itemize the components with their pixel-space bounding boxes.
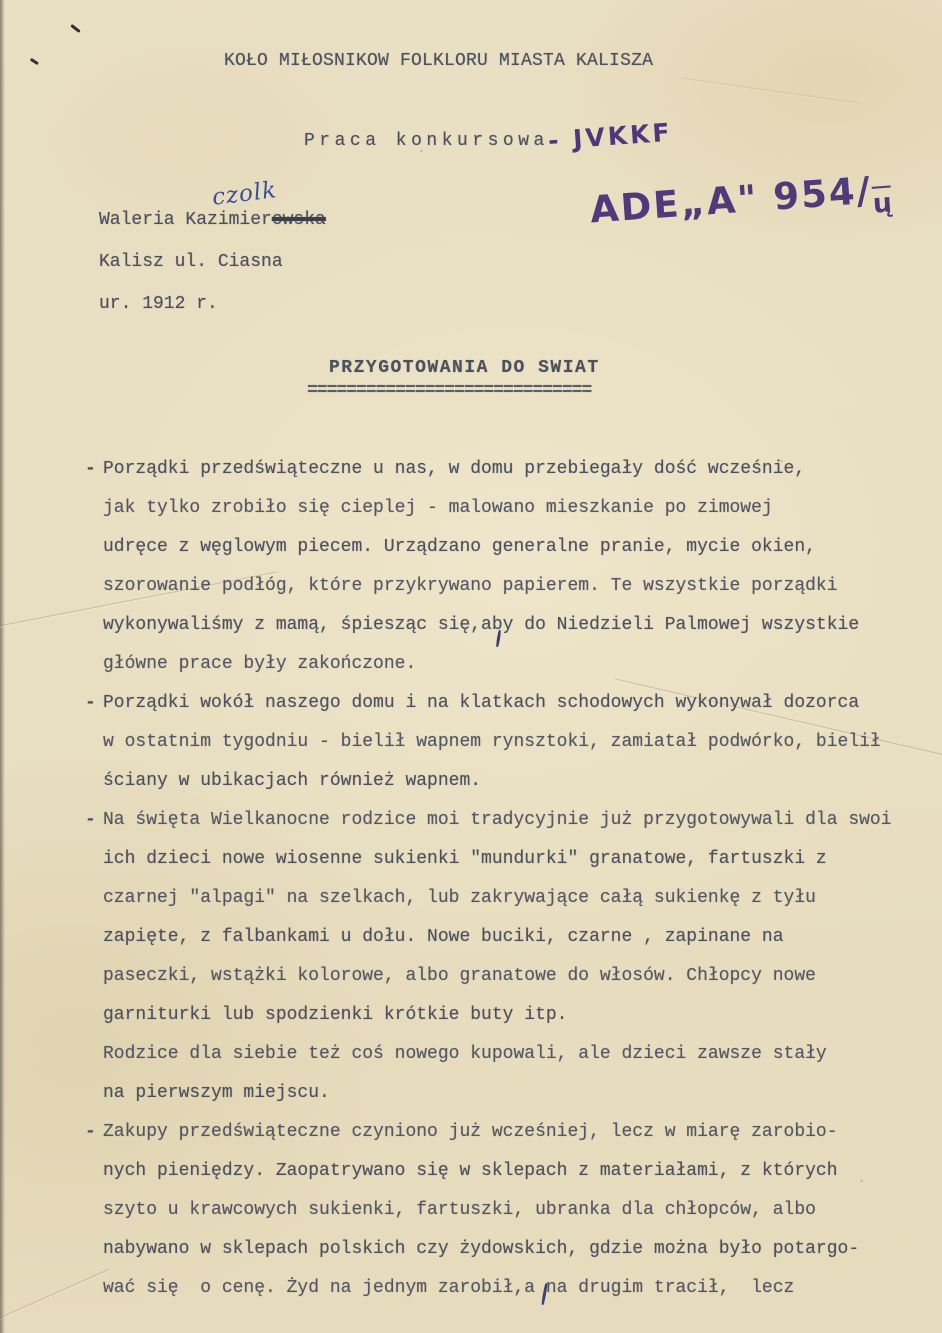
- text-line: nych pieniędzy. Zaopatrywano się w sklep…: [85, 1152, 838, 1191]
- line-text: ich dzieci nowe wiosenne sukienki "mundu…: [103, 849, 827, 869]
- bullet-marker: -: [85, 684, 103, 723]
- author-name-typed: Waleria Kazimier: [99, 210, 272, 230]
- author-birth-line: ur. 1912 r.: [99, 294, 218, 314]
- scan-edge-shadow: [0, 0, 5, 1333]
- line-text: wykonywaliśmy z mamą, śpiesząc się,aby d…: [103, 615, 859, 635]
- text-line: -Na święta Wielkanocne rodzice moi trady…: [85, 801, 892, 840]
- line-text: w ostatnim tygodniu - bielił wapnem ryns…: [103, 732, 881, 752]
- bullet-marker: -: [85, 450, 103, 489]
- text-line: zapięte, z falbankami u dołu. Nowe bucik…: [85, 918, 784, 957]
- text-line: nabywano w sklepach polskich czy żydowsk…: [85, 1230, 859, 1269]
- text-line: udręce z węglowym piecem. Urządzano gene…: [85, 528, 816, 567]
- text-line: główne prace były zakończone.: [85, 645, 416, 684]
- line-text: na pierwszym miejscu.: [103, 1083, 330, 1103]
- handwritten-name-correction: czolk: [211, 177, 279, 211]
- author-name-line: Waleria Kazimierowska: [99, 210, 326, 230]
- author-name-struck: owska: [272, 210, 326, 230]
- text-line: na pierwszym miejscu.: [85, 1074, 330, 1113]
- stray-ink-tick: [30, 58, 39, 65]
- line-text: paseczki, wstążki kolorowe, albo granato…: [103, 966, 816, 986]
- author-address-line: Kalisz ul. Ciasna: [99, 252, 283, 272]
- line-text: ściany w ubikacjach również wapnem.: [103, 771, 481, 791]
- line-text: garniturki lub spodzienki krótkie buty i…: [103, 1005, 567, 1025]
- line-text: wać się o cenę. Żyd na jednym zarobił,a …: [103, 1278, 794, 1298]
- handwritten-pen-code: - JVKKF: [547, 118, 673, 156]
- document-title: PRZYGOTOWANIA DO SWIAT: [329, 358, 600, 378]
- archive-number-suffix: ų: [872, 187, 893, 219]
- text-line: ich dzieci nowe wiosenne sukienki "mundu…: [85, 840, 827, 879]
- line-text: Na święta Wielkanocne rodzice moi tradyc…: [103, 810, 892, 830]
- title-underline: =============================: [307, 381, 591, 401]
- text-line: paseczki, wstążki kolorowe, albo granato…: [85, 957, 816, 996]
- handwritten-archive-number: ADE„A" 954/ų: [589, 168, 893, 240]
- text-line: wykonywaliśmy z mamą, śpiesząc się,aby d…: [85, 606, 859, 645]
- text-line: ściany w ubikacjach również wapnem.: [85, 762, 481, 801]
- line-text: główne prace były zakończone.: [103, 654, 416, 674]
- line-text: Porządki przedświąteczne u nas, w domu p…: [103, 459, 805, 479]
- line-text: szyto u krawcowych sukienki, fartuszki, …: [103, 1200, 816, 1220]
- line-text: czarnej "alpagi" na szelkach, lub zakryw…: [103, 888, 816, 908]
- line-text: Zakupy przedświąteczne czyniono już wcze…: [103, 1122, 838, 1142]
- text-line: -Zakupy przedświąteczne czyniono już wcz…: [85, 1113, 838, 1152]
- archive-number-main: ADE„A" 954/: [589, 169, 874, 232]
- line-text: nabywano w sklepach polskich czy żydowsk…: [103, 1239, 859, 1259]
- paper-speck: [860, 1180, 863, 1182]
- text-line: -Porządki wokół naszego domu i na klatka…: [85, 684, 859, 723]
- line-text: szorowanie podłóg, które przykrywano pap…: [103, 576, 838, 596]
- contest-line: Praca konkursowa: [304, 131, 549, 151]
- text-line: garniturki lub spodzienki krótkie buty i…: [85, 996, 567, 1035]
- line-text: udręce z węglowym piecem. Urządzano gene…: [103, 537, 816, 557]
- stray-ink-tick: [70, 24, 81, 33]
- line-text: jak tylko zrobiło się cieplej - malowano…: [103, 498, 773, 518]
- paper-crease: [681, 77, 859, 103]
- text-line: w ostatnim tygodniu - bielił wapnem ryns…: [85, 723, 881, 762]
- line-text: Rodzice dla siebie też coś nowego kupowa…: [103, 1044, 827, 1064]
- line-text: zapięte, z falbankami u dołu. Nowe bucik…: [103, 927, 784, 947]
- bullet-marker: -: [85, 1113, 103, 1152]
- document-page: KOŁO MIŁOSNIKOW FOLKLORU MIASTA KALISZA …: [0, 0, 942, 1333]
- line-text: nych pieniędzy. Zaopatrywano się w sklep…: [103, 1161, 838, 1181]
- text-line: szorowanie podłóg, które przykrywano pap…: [85, 567, 838, 606]
- text-line: jak tylko zrobiło się cieplej - malowano…: [85, 489, 773, 528]
- organization-header: KOŁO MIŁOSNIKOW FOLKLORU MIASTA KALISZA: [224, 51, 653, 71]
- text-line: -Porządki przedświąteczne u nas, w domu …: [85, 450, 805, 489]
- text-line: wać się o cenę. Żyd na jednym zarobił,a …: [85, 1269, 794, 1308]
- line-text: Porządki wokół naszego domu i na klatkac…: [103, 693, 859, 713]
- text-line: Rodzice dla siebie też coś nowego kupowa…: [85, 1035, 827, 1074]
- bullet-marker: -: [85, 801, 103, 840]
- text-line: szyto u krawcowych sukienki, fartuszki, …: [85, 1191, 816, 1230]
- text-line: czarnej "alpagi" na szelkach, lub zakryw…: [85, 879, 816, 918]
